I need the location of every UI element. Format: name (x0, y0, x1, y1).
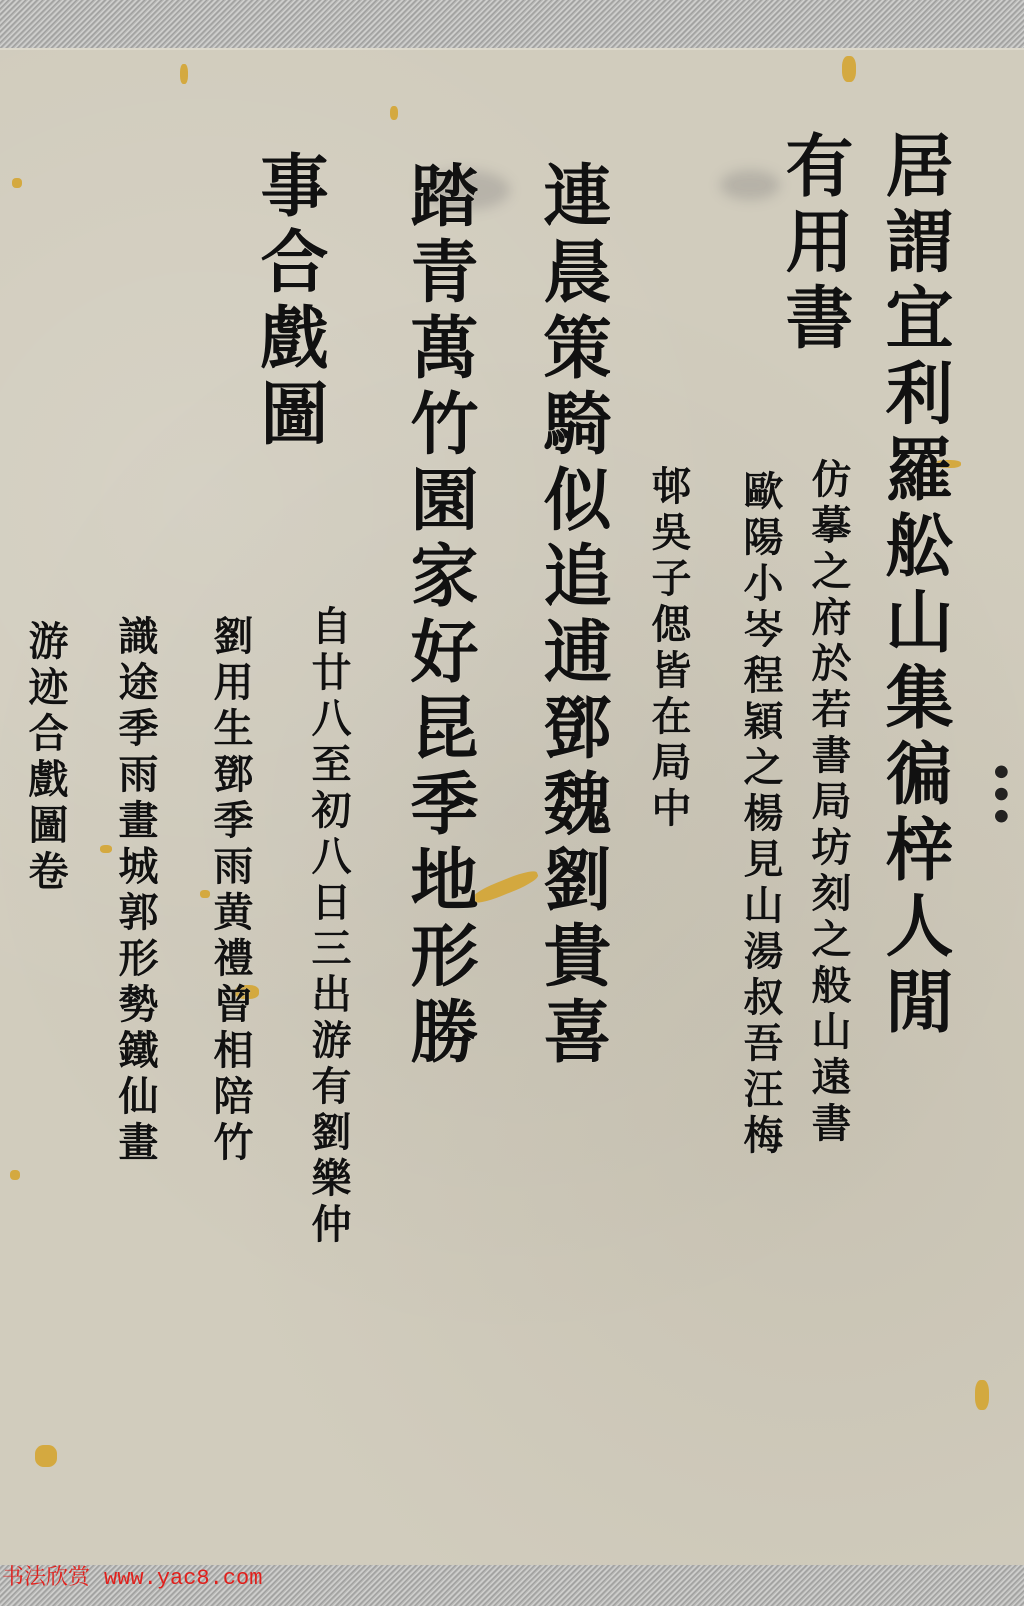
gold-leaf-fleck (390, 106, 398, 120)
ink-smudge (720, 170, 780, 200)
calligraphy-column-1: 居謂宜利羅舩山集徧梓人閒 (880, 130, 948, 1042)
calligraphy-edge-fragment: … (985, 760, 1024, 836)
calligraphy-column-4: 歐陽小岑程穎之楊見山湯叔吾汪梅 (740, 470, 780, 1160)
gold-leaf-fleck (35, 1445, 57, 1467)
calligraphy-column-3: 仿摹之府於若書局坊刻之般山遠書 (808, 458, 848, 1148)
calligraphy-column-11: 識途季雨畫城郭形勢鐵仙畫 (115, 615, 155, 1167)
gold-leaf-fleck (470, 867, 540, 906)
gold-leaf-fleck (842, 56, 856, 82)
watermark-url: www.yac8.com (104, 1566, 262, 1591)
calligraphy-column-5: 邨吳子偲皆在局中 (648, 465, 688, 833)
gold-leaf-fleck (180, 64, 188, 84)
gold-leaf-fleck (100, 845, 112, 853)
calligraphy-column-10: 劉用生鄧季雨黄禮曾相陪竹 (210, 615, 250, 1167)
gold-leaf-fleck (975, 1380, 989, 1410)
scroll-mounting-fabric-top (0, 0, 1024, 50)
watermark-label: 书法欣赏 (2, 1565, 90, 1590)
calligraphy-column-8: 事合戲圖 (255, 150, 323, 454)
gold-leaf-fleck (12, 178, 22, 188)
gold-leaf-fleck (10, 1170, 20, 1180)
calligraphy-column-12: 游迹合戲圖卷 (25, 620, 65, 896)
calligraphy-column-9: 自廿八至初八日三出游有劉樂仲 (308, 605, 348, 1249)
calligraphy-column-6: 連晨策騎似追逋鄧魏劉貴喜 (538, 160, 606, 1072)
site-watermark: 书法欣赏www.yac8.com (2, 1560, 262, 1591)
calligraphy-column-7: 踏青萬竹園家好昆季地形勝 (405, 160, 473, 1072)
calligraphy-column-2: 有用書 (780, 130, 848, 358)
